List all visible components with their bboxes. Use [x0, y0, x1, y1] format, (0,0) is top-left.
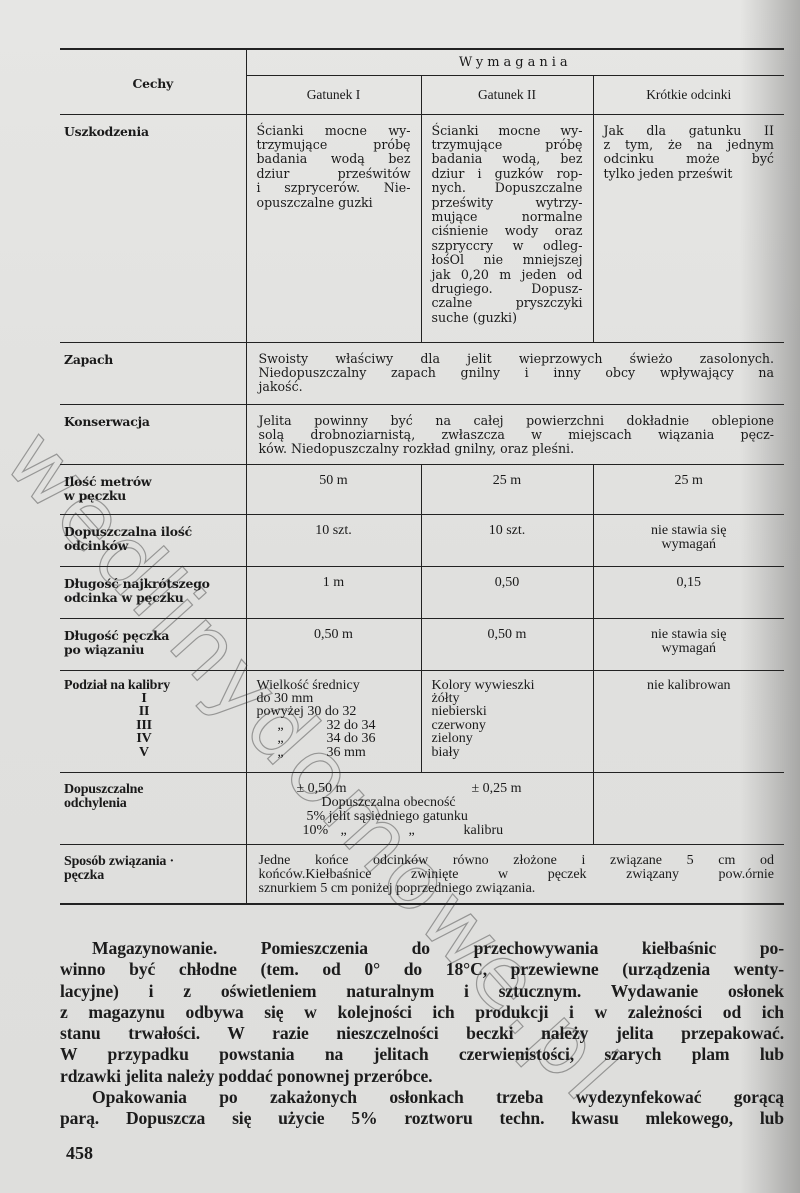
cell-gatunek-2: 0,50 m: [421, 618, 593, 670]
cell-krotkie-odcinki: nie stawia się wymagań: [593, 618, 784, 670]
cell-krotkie-odcinki: 0,15: [593, 566, 784, 618]
page-number: 458: [66, 1143, 93, 1164]
row-label: Dopuszczalne odchylenia: [60, 772, 246, 844]
row-label: Ilość metrów w pęczku: [60, 464, 246, 514]
table-row-ilosc-metrow: Ilość metrów w pęczku 50 m 25 m 25 m: [60, 464, 784, 514]
cell-merged: Swoisty właściwy dla jelit wieprzowych ś…: [246, 342, 784, 404]
table-row-konserwacja: Konserwacja Jelita powinny być na całej …: [60, 404, 784, 464]
row-label: Uszkodzenia: [60, 114, 246, 342]
row-label: Długość pęczka po wiązaniu: [60, 618, 246, 670]
paragraph-opakowania: Opakowania po zakażonych osłonkach trzeb…: [60, 1087, 784, 1108]
header-krotkie-odcinki: Krótkie odcinki: [593, 75, 784, 114]
table-row-uszkodzenia: Uszkodzenia Ścianki mocne wy- trzymujące…: [60, 114, 784, 342]
cell-krotkie-odcinki: Jak dla gatunku II z tym, że na jednym o…: [593, 114, 784, 342]
header-cechy: Cechy: [60, 49, 246, 114]
cell-gatunek-1: 0,50 m: [246, 618, 421, 670]
row-label: Dopuszczalna ilość odcinków: [60, 514, 246, 566]
paragraph-magazynowanie: Magazynowanie. Pomieszczenia do przechow…: [60, 938, 784, 959]
table-row-podzial-na-kalibry: Podział na kalibry I II III IV V Wielkoś…: [60, 670, 784, 772]
cell-gatunek-1: 10 szt.: [246, 514, 421, 566]
table-row-dopuszczalne-odchylenia: Dopuszczalne odchylenia ± 0,50 m± 0,25 m…: [60, 772, 784, 844]
row-label: Podział na kalibry I II III IV V: [60, 670, 246, 772]
cell-krotkie-odcinki: 25 m: [593, 464, 784, 514]
table-row-dlugosc-peczka: Długość pęczka po wiązaniu 0,50 m 0,50 m…: [60, 618, 784, 670]
header-wymagania: Wymagania: [246, 49, 784, 75]
cell-gatunek-2: Kolory wywieszki żółty niebierski czerwo…: [421, 670, 593, 772]
row-label: Sposób związania · pęczka: [60, 844, 246, 904]
cell-gatunek-1: Ścianki mocne wy- trzymujące próbę badan…: [246, 114, 421, 342]
document-page: Cechy Wymagania Gatunek I Gatunek II Kró…: [60, 48, 784, 905]
cell-gatunek-2: 10 szt.: [421, 514, 593, 566]
cell-merged: Jelita powinny być na całej powierzchni …: [246, 404, 784, 464]
cell-gatunek-2: 0,50: [421, 566, 593, 618]
table-row-dlugosc-najkrotszego: Długość najkrótszego odcinka w pęczku 1 …: [60, 566, 784, 618]
table-row-zapach: Zapach Swoisty właściwy dla jelit wieprz…: [60, 342, 784, 404]
row-label: Długość najkrótszego odcinka w pęczku: [60, 566, 246, 618]
cell-gatunek-2: Ścianki mocne wy- trzymujące próbę badan…: [421, 114, 593, 342]
row-label: Konserwacja: [60, 404, 246, 464]
cell-gatunek-1: 1 m: [246, 566, 421, 618]
body-text: Magazynowanie. Pomieszczenia do przechow…: [60, 938, 784, 1130]
header-gatunek-1: Gatunek I: [246, 75, 421, 114]
header-gatunek-2: Gatunek II: [421, 75, 593, 114]
requirements-table: Cechy Wymagania Gatunek I Gatunek II Kró…: [60, 48, 784, 905]
cell-gatunek-1: Wielkość średnicy do 30 mm powyżej 30 do…: [246, 670, 421, 772]
row-label: Zapach: [60, 342, 246, 404]
section-heading: Magazynowanie.: [92, 938, 217, 958]
cell-gatunek-2: 25 m: [421, 464, 593, 514]
cell-merged-gatunki: ± 0,50 m± 0,25 m Dopuszczalna obecność 5…: [246, 772, 593, 844]
table-row-dopuszczalna-ilosc: Dopuszczalna ilość odcinków 10 szt. 10 s…: [60, 514, 784, 566]
cell-krotkie-odcinki: [593, 772, 784, 844]
cell-merged: Jedne końce odcinków równo złożone i zwi…: [246, 844, 784, 904]
table-row-sposob-zwiazania: Sposób związania · pęczka Jedne końce od…: [60, 844, 784, 904]
cell-krotkie-odcinki: nie stawia się wymagań: [593, 514, 784, 566]
cell-gatunek-1: 50 m: [246, 464, 421, 514]
cell-krotkie-odcinki: nie kalibrowan: [593, 670, 784, 772]
